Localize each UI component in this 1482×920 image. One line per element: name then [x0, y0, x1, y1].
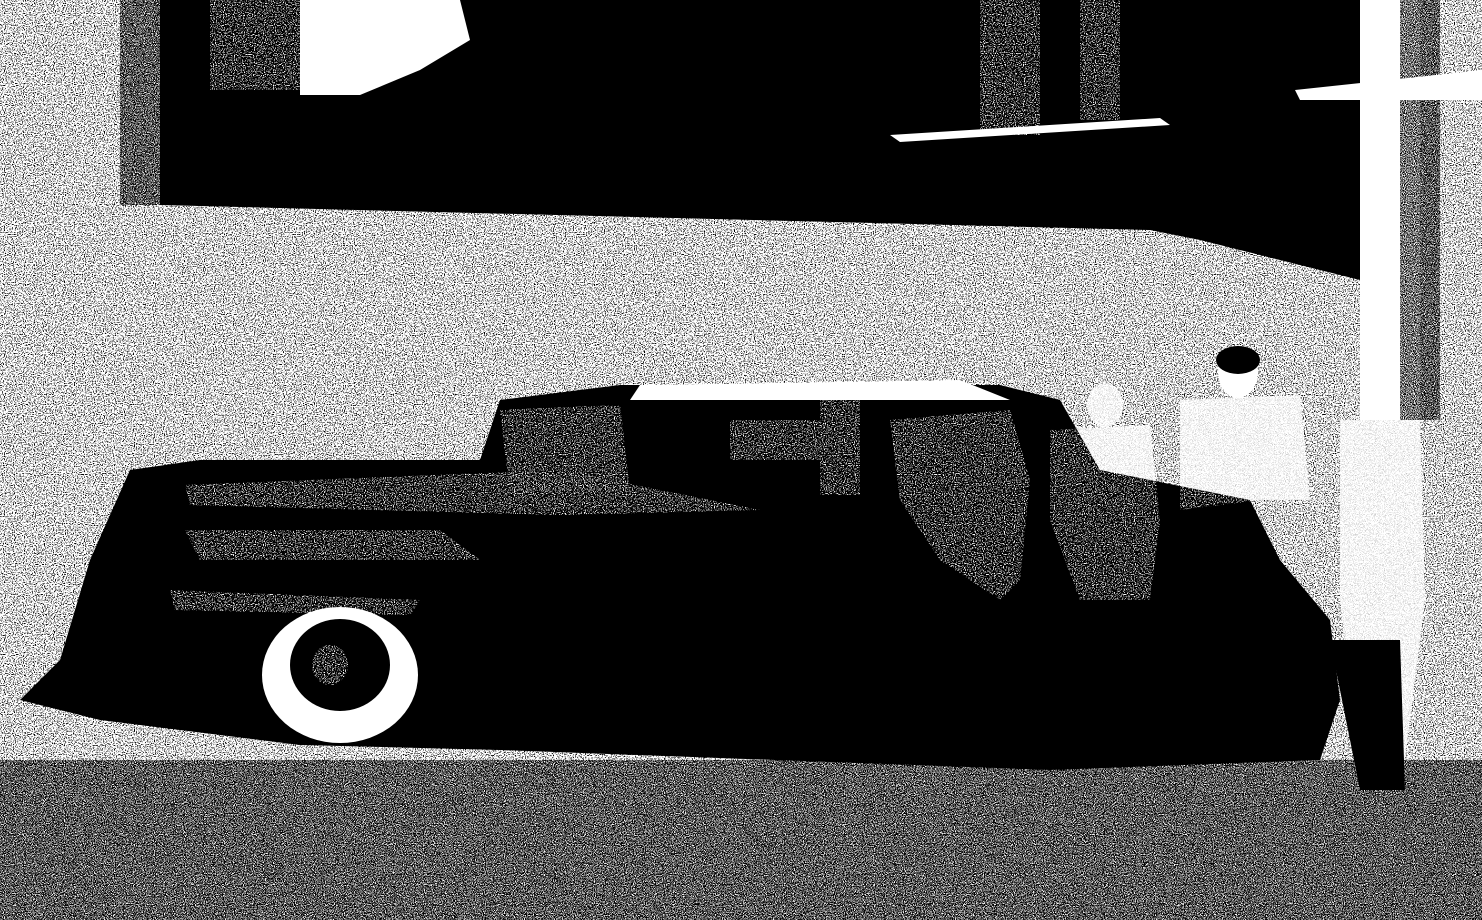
front-wheel — [262, 607, 418, 743]
left-pillar — [120, 0, 160, 205]
photo-scene — [0, 0, 1482, 920]
street-pavement — [0, 760, 1482, 920]
halftone-photograph — [0, 0, 1482, 920]
